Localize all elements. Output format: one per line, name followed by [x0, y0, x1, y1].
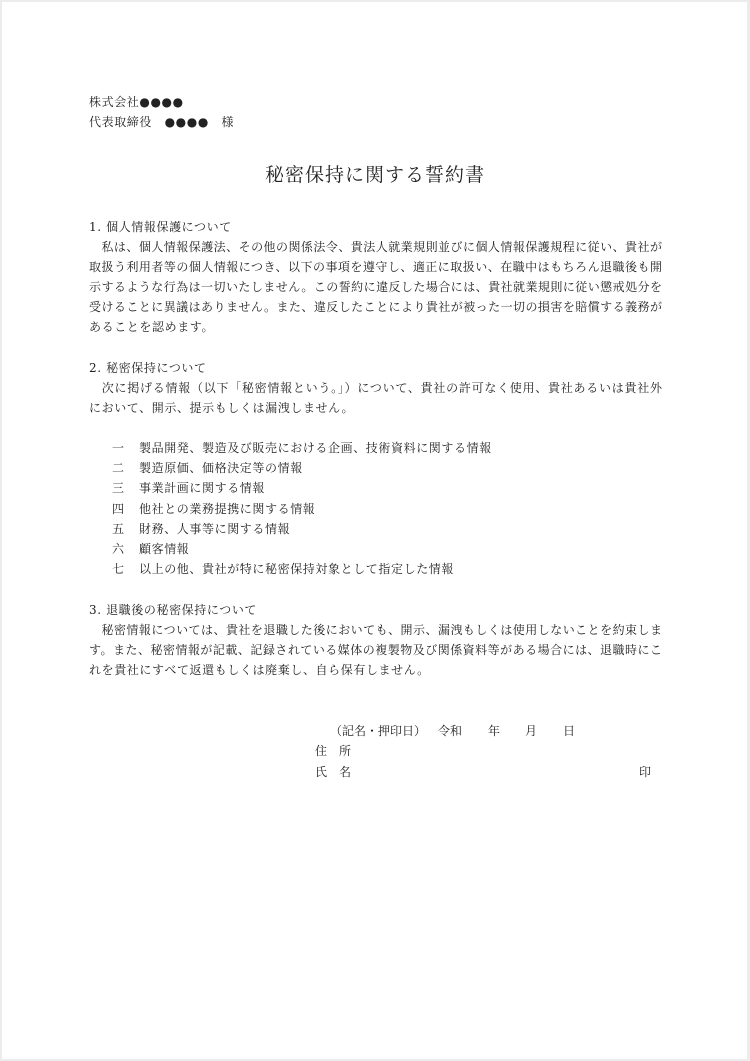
list-item-text: 事業計画に関する情報 [139, 481, 265, 495]
list-item: 一製品開発、製造及び販売における企画、技術資料に関する情報 [112, 438, 492, 458]
list-item-number: 七 [112, 559, 139, 579]
list-item: 四他社との業務提携に関する情報 [112, 499, 315, 519]
list-item-number: 二 [112, 458, 139, 478]
document-title: 秘密保持に関する誓約書 [0, 160, 750, 187]
section-1-line: 示するような行為は一切いたしません。この誓約に違反した場合には、貴社就業規則に従… [89, 277, 662, 297]
list-item-text: 他社との業務提携に関する情報 [139, 502, 315, 516]
section-2-line: 次に掲げる情報（以下「秘密情報という。」）について、貴社の許可なく使用、貴社ある… [89, 378, 662, 398]
signature-year-label: 年 [488, 721, 500, 741]
addressee-company: 株式会社●●●● [89, 92, 184, 112]
signature-month-label: 月 [525, 721, 537, 741]
section-1-line: 取扱う利用者等の個人情報につき、以下の事項を遵守し、適正に取扱い、在職中はもちろ… [89, 257, 662, 277]
signature-era: 令和 [438, 721, 462, 741]
list-item: 二製造原価、価格決定等の情報 [112, 458, 303, 478]
section-2-line: において、開示、提示もしくは漏洩しません。 [89, 398, 354, 418]
section-3-line: れを貴社にすべて返還もしくは廃棄し、自ら保有しません。 [89, 660, 430, 680]
signature-name-label: 氏 名 [315, 762, 351, 782]
list-item-text: 製造原価、価格決定等の情報 [139, 461, 303, 475]
section-3-line: 秘密情報については、貴社を退職した後においても、開示、漏洩もしくは使用しないこと… [89, 620, 662, 640]
section-1-line: 私は、個人情報保護法、その他の関係法令、貴法人就業規則並びに個人情報保護規程に従… [89, 237, 662, 257]
section-3-heading: 3. 退職後の秘密保持について [89, 600, 257, 620]
signature-day-label: 日 [563, 721, 575, 741]
list-item-number: 五 [112, 519, 139, 539]
list-item: 七以上の他、貴社が特に秘密保持対象として指定した情報 [112, 559, 454, 579]
list-item-number: 六 [112, 539, 139, 559]
signature-date-label: （記名・押印日） [330, 721, 426, 741]
section-1-line: あることを認めます。 [89, 317, 214, 337]
section-3-line: す。また、秘密情報が記載、記録されている媒体の複製物及び関係資料等がある場合には… [89, 640, 662, 660]
list-item: 三事業計画に関する情報 [112, 478, 265, 498]
section-1-line: 受けることに異議はありません。また、違反したことにより貴社が被った一切の損害を賠… [89, 297, 662, 317]
signature-address-label: 住 所 [315, 741, 351, 761]
seal-mark: 印 [639, 762, 651, 782]
list-item-text: 以上の他、貴社が特に秘密保持対象として指定した情報 [139, 562, 454, 576]
list-item-text: 製品開発、製造及び販売における企画、技術資料に関する情報 [139, 441, 492, 455]
addressee-representative: 代表取締役 ●●●● 様 [89, 112, 234, 132]
list-item-number: 一 [112, 438, 139, 458]
section-1-heading: 1. 個人情報保護について [89, 217, 232, 237]
list-item: 五財務、人事等に関する情報 [112, 519, 290, 539]
list-item: 六顧客情報 [112, 539, 189, 559]
section-2-heading: 2. 秘密保持について [89, 358, 207, 378]
list-item-number: 四 [112, 499, 139, 519]
list-item-text: 顧客情報 [139, 542, 189, 556]
list-item-number: 三 [112, 478, 139, 498]
list-item-text: 財務、人事等に関する情報 [139, 522, 290, 536]
